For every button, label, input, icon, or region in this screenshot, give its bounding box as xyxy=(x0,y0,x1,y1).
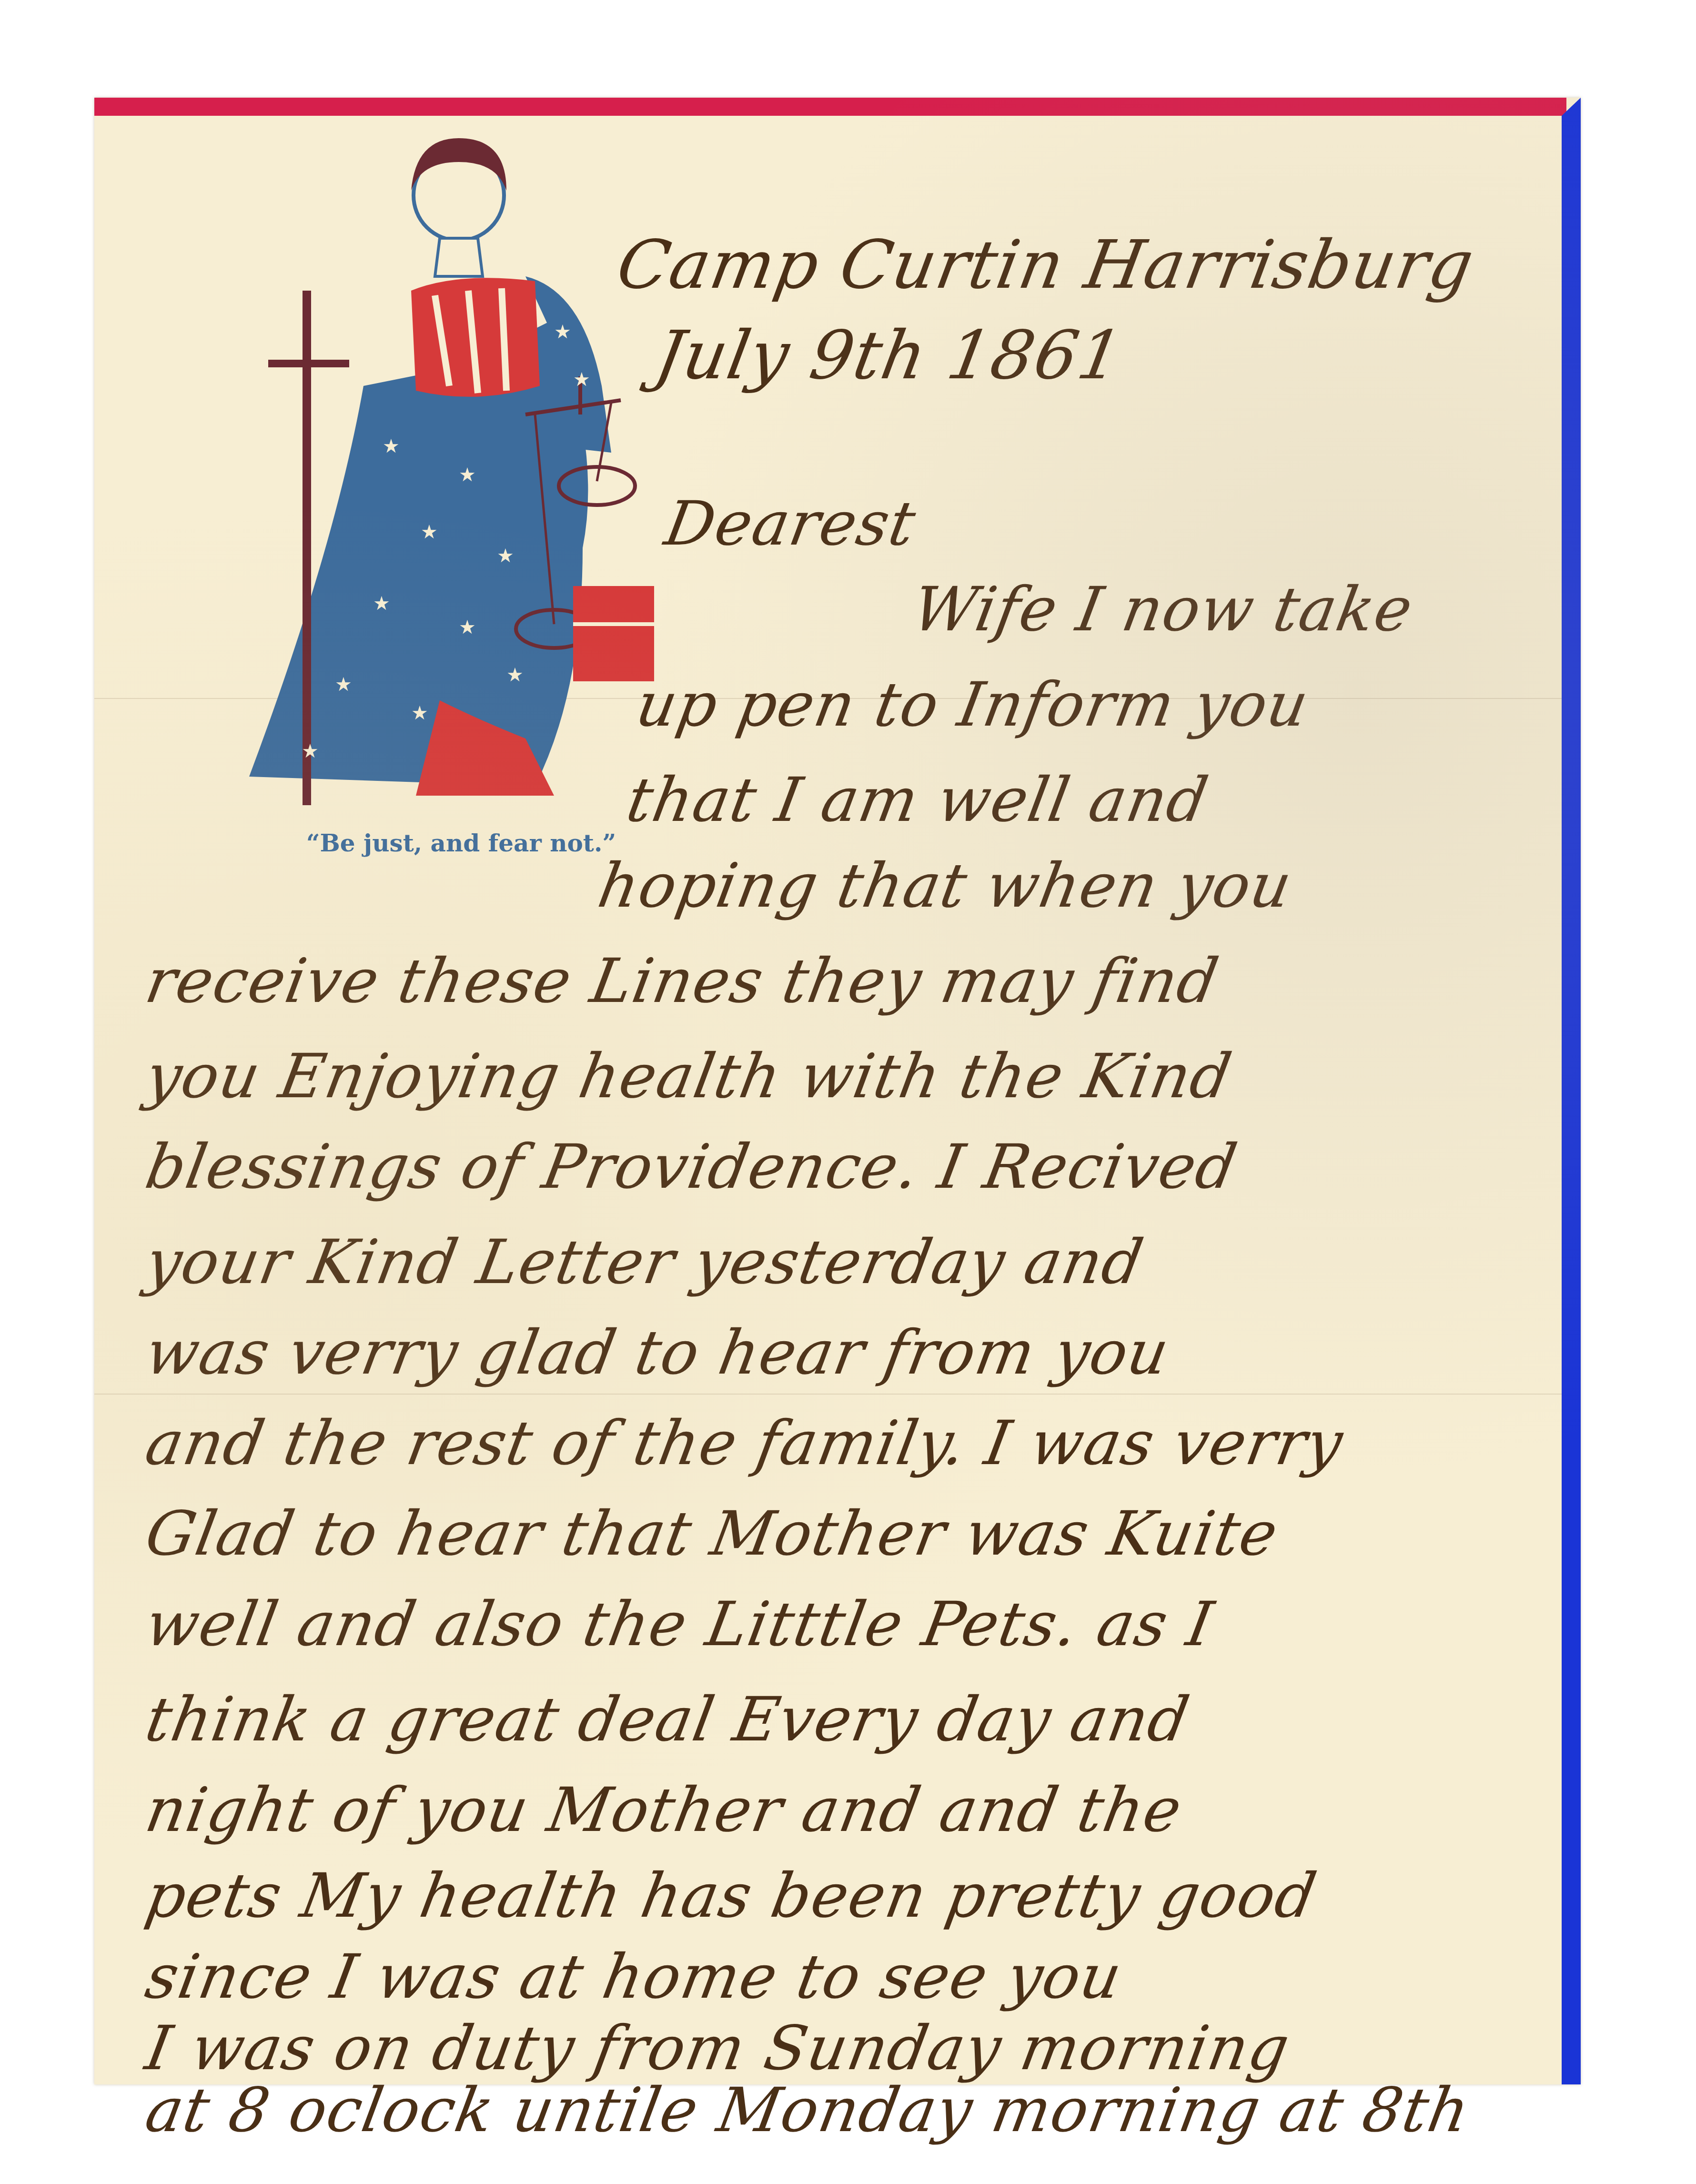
letter-line: Wife I now take xyxy=(908,574,1418,645)
svg-text:★: ★ xyxy=(573,369,590,391)
letter-salutation: Dearest xyxy=(660,488,921,559)
letter-line: that I am well and xyxy=(622,765,1214,836)
letter-line: receive these Lines they may find xyxy=(141,946,1224,1017)
svg-text:★: ★ xyxy=(554,321,571,343)
svg-text:★: ★ xyxy=(421,521,438,543)
letter-line: Glad to hear that Mother was Kuite xyxy=(141,1498,1284,1569)
letter-page: ★★★ ★★★ ★★★ ★★★ “Be just, and fear not.”… xyxy=(94,98,1581,2084)
svg-text:★: ★ xyxy=(373,593,390,615)
letter-line: night of you Mother and and the xyxy=(141,1775,1188,1846)
svg-text:★: ★ xyxy=(497,545,514,567)
svg-text:★: ★ xyxy=(506,664,524,686)
letter-line: your Kind Letter yesterday and xyxy=(141,1227,1149,1298)
letter-line: I was on duty from Sunday morning xyxy=(141,2013,1295,2084)
svg-text:★: ★ xyxy=(459,617,476,638)
svg-text:★: ★ xyxy=(302,740,319,762)
svg-text:★: ★ xyxy=(335,674,352,696)
letter-line: pets My health has been pretty good xyxy=(141,1860,1322,1931)
letter-place: Camp Curtin Harrisburg xyxy=(612,226,1480,304)
paper-fold-line xyxy=(94,1394,1562,1395)
letter-line: well and also the Litttle Pets. as I xyxy=(141,1589,1219,1660)
letter-line: blessings of Providence. I Recived xyxy=(141,1132,1243,1203)
letter-line: up pen to Inform you xyxy=(631,669,1314,740)
svg-text:★: ★ xyxy=(459,464,476,486)
letter-line: hoping that when you xyxy=(593,850,1298,921)
svg-text:★: ★ xyxy=(411,702,428,724)
letter-line: at 8 oclock untile Monday morning at 8th xyxy=(141,2075,1475,2146)
letter-line: since I was at home to see you xyxy=(141,1941,1128,2012)
svg-text:★: ★ xyxy=(383,435,400,457)
letter-line: think a great deal Every day and xyxy=(141,1684,1195,1755)
blue-right-border xyxy=(1562,98,1581,2084)
letter-line: you Enjoying health with the Kind xyxy=(141,1041,1237,1112)
letter-line: and the rest of the family. I was verry xyxy=(141,1408,1349,1479)
letter-line: was verry glad to hear from you xyxy=(141,1317,1175,1388)
letter-date: July 9th 1861 xyxy=(650,317,1129,394)
red-top-border xyxy=(94,98,1566,116)
